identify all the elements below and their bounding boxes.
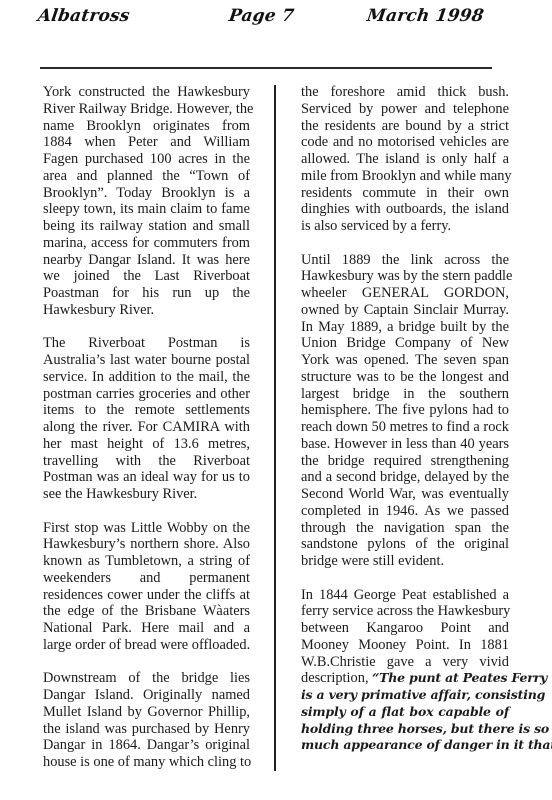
- text-line: known as Tumbletown, a string of: [43, 553, 250, 570]
- text-line: see the Hawkesbury River.: [43, 486, 250, 503]
- text-line: sleepy town, its main claim to fame: [43, 201, 250, 218]
- text-line: bridge were still evident.: [301, 553, 509, 570]
- text-line: In May 1889, a bridge built by the: [301, 319, 509, 336]
- text-line: her mast height of 13.6 metres,: [43, 436, 250, 453]
- text-line: base. However in less than 40 years: [301, 436, 509, 453]
- text-line: Dangar in 1864. Dangar’s original: [43, 737, 250, 754]
- text-line: Downstream of the bridge lies: [43, 670, 250, 687]
- text-line: owned by Captain Sinclair Murray.: [301, 302, 509, 319]
- text-line: the bridge required strengthening: [301, 453, 509, 470]
- text-line: Mullet Island by Governor Phillip,: [43, 704, 250, 721]
- text-line: completed in 1946. As we passed: [301, 503, 509, 520]
- text-line: Second World War, was eventually: [301, 486, 509, 503]
- text-line: residences cower under the cliffs at: [43, 587, 250, 604]
- text-line: The Riverboat Postman is: [43, 335, 250, 352]
- page-number: Page 7: [228, 6, 296, 26]
- article-paragraph: York constructed the HawkesburyRiver Rai…: [43, 84, 250, 319]
- text-line: Australia’s last water bourne postal: [43, 352, 250, 369]
- header-rule: [40, 67, 492, 69]
- left-column: York constructed the HawkesburyRiver Rai…: [43, 84, 250, 788]
- text-line: being its railway station and small: [43, 218, 250, 235]
- quote-text: “The punt at Peates Ferry: [372, 670, 547, 685]
- text-line: sandstone pylons of the original: [301, 536, 509, 553]
- article-paragraph: In 1844 George Peat established aferry s…: [301, 587, 509, 755]
- text-line: Mooney Mooney Point. In 1881: [301, 637, 509, 654]
- text-line: ferry service across the Hawkesbury: [301, 603, 509, 620]
- quote-line: simply of a flat box capable of: [301, 704, 509, 721]
- text-line: travelling with the Riverboat: [43, 453, 250, 470]
- publication-title: Albatross: [37, 6, 131, 26]
- text-line: Brooklyn”. Today Brooklyn is a: [43, 185, 250, 202]
- text-line: along the river. For CAMIRA with: [43, 419, 250, 436]
- text-line: description, “The punt at Peates Ferry: [301, 670, 509, 687]
- text-line: York constructed the Hawkesbury: [43, 84, 250, 101]
- article-paragraph: the foreshore amid thick bush.Serviced b…: [301, 84, 509, 235]
- text-line: Dangar Island. Originally named: [43, 687, 250, 704]
- text-line: code and no motorised vehicles are: [301, 134, 509, 151]
- text-line: W.B.Christie gave a very vivid: [301, 654, 509, 671]
- text-line: dinghies with outboards, the island: [301, 201, 509, 218]
- text-line: largest bridge in the southern: [301, 386, 509, 403]
- text-line: allowed. The island is only half a: [301, 151, 509, 168]
- text-line: postman carries groceries and other: [43, 386, 250, 403]
- text-line: and a second bridge, delayed by the: [301, 469, 509, 486]
- text-line: nearby Dangar Island. It was here: [43, 252, 250, 269]
- text-line: Hawkesbury River.: [43, 302, 250, 319]
- text-line: area and planned the “Town of: [43, 168, 250, 185]
- text-line: Hawkesbury’s northern shore. Also: [43, 536, 250, 553]
- text-line: service. In addition to the mail, the: [43, 369, 250, 386]
- quote-line: much appearance of danger in it that: [301, 737, 509, 754]
- text-line: large order of bread were offloaded.: [43, 637, 250, 654]
- text-line: Serviced by power and telephone: [301, 101, 509, 118]
- text-line: the foreshore amid thick bush.: [301, 84, 509, 101]
- text-line: Fagen purchased 100 acres in the: [43, 151, 250, 168]
- column-divider: [274, 85, 276, 771]
- article-paragraph: Downstream of the bridge liesDangar Isla…: [43, 670, 250, 771]
- text-line: First stop was Little Wobby on the: [43, 520, 250, 537]
- text-line: the island was purchased by Henry: [43, 721, 250, 738]
- text-line: the edge of the Brisbane Wàaters: [43, 603, 250, 620]
- text-line: Until 1889 the link across the: [301, 252, 509, 269]
- text-line: the residents are bound by a strict: [301, 118, 509, 135]
- quote-line: holding three horses, but there is so: [301, 721, 509, 738]
- text-line-plain: description,: [301, 670, 372, 686]
- text-line: National Park. Here mail and a: [43, 620, 250, 637]
- text-line: 1884 when Peter and William: [43, 134, 250, 151]
- text-line: In 1844 George Peat established a: [301, 587, 509, 604]
- issue-date: March 1998: [366, 6, 486, 26]
- text-line: Postman was an ideal way for us to: [43, 469, 250, 486]
- article-paragraph: First stop was Little Wobby on theHawkes…: [43, 520, 250, 654]
- text-line: structure was to be the longest and: [301, 369, 509, 386]
- text-line: residents commute in their own: [301, 185, 509, 202]
- article-paragraph: The Riverboat Postman isAustralia’s last…: [43, 335, 250, 503]
- text-line: Poastman for his run up the: [43, 285, 250, 302]
- text-line: Union Bridge Company of New: [301, 335, 509, 352]
- text-line: York was opened. The seven span: [301, 352, 509, 369]
- article-paragraph: Until 1889 the link across theHawkesbury…: [301, 252, 509, 570]
- text-line: marina, access for commuters from: [43, 235, 250, 252]
- text-line: Hawkesbury was by the stern paddle: [301, 268, 509, 285]
- text-line: hemisphere. The five pylons had to: [301, 402, 509, 419]
- text-line: is also serviced by a ferry.: [301, 218, 509, 235]
- text-line: we joined the Last Riverboat: [43, 268, 250, 285]
- page-header: Albatross Page 7 March 1998: [0, 6, 552, 36]
- text-line: items to the remote settlements: [43, 402, 250, 419]
- text-line: between Kangaroo Point and: [301, 620, 509, 637]
- text-line: River Railway Bridge. However, the: [43, 101, 250, 118]
- text-line: weekenders and permanent: [43, 570, 250, 587]
- right-column: the foreshore amid thick bush.Serviced b…: [301, 84, 509, 771]
- text-line: wheeler GENERAL GORDON,: [301, 285, 509, 302]
- text-line: mile from Brooklyn and while many: [301, 168, 509, 185]
- text-line: name Brooklyn originates from: [43, 118, 250, 135]
- text-line: through the navigation span the: [301, 520, 509, 537]
- text-line: house is one of many which cling to: [43, 754, 250, 771]
- quote-line: is a very primative affair, consisting: [301, 687, 509, 704]
- text-line: reach down 50 metres to find a rock: [301, 419, 509, 436]
